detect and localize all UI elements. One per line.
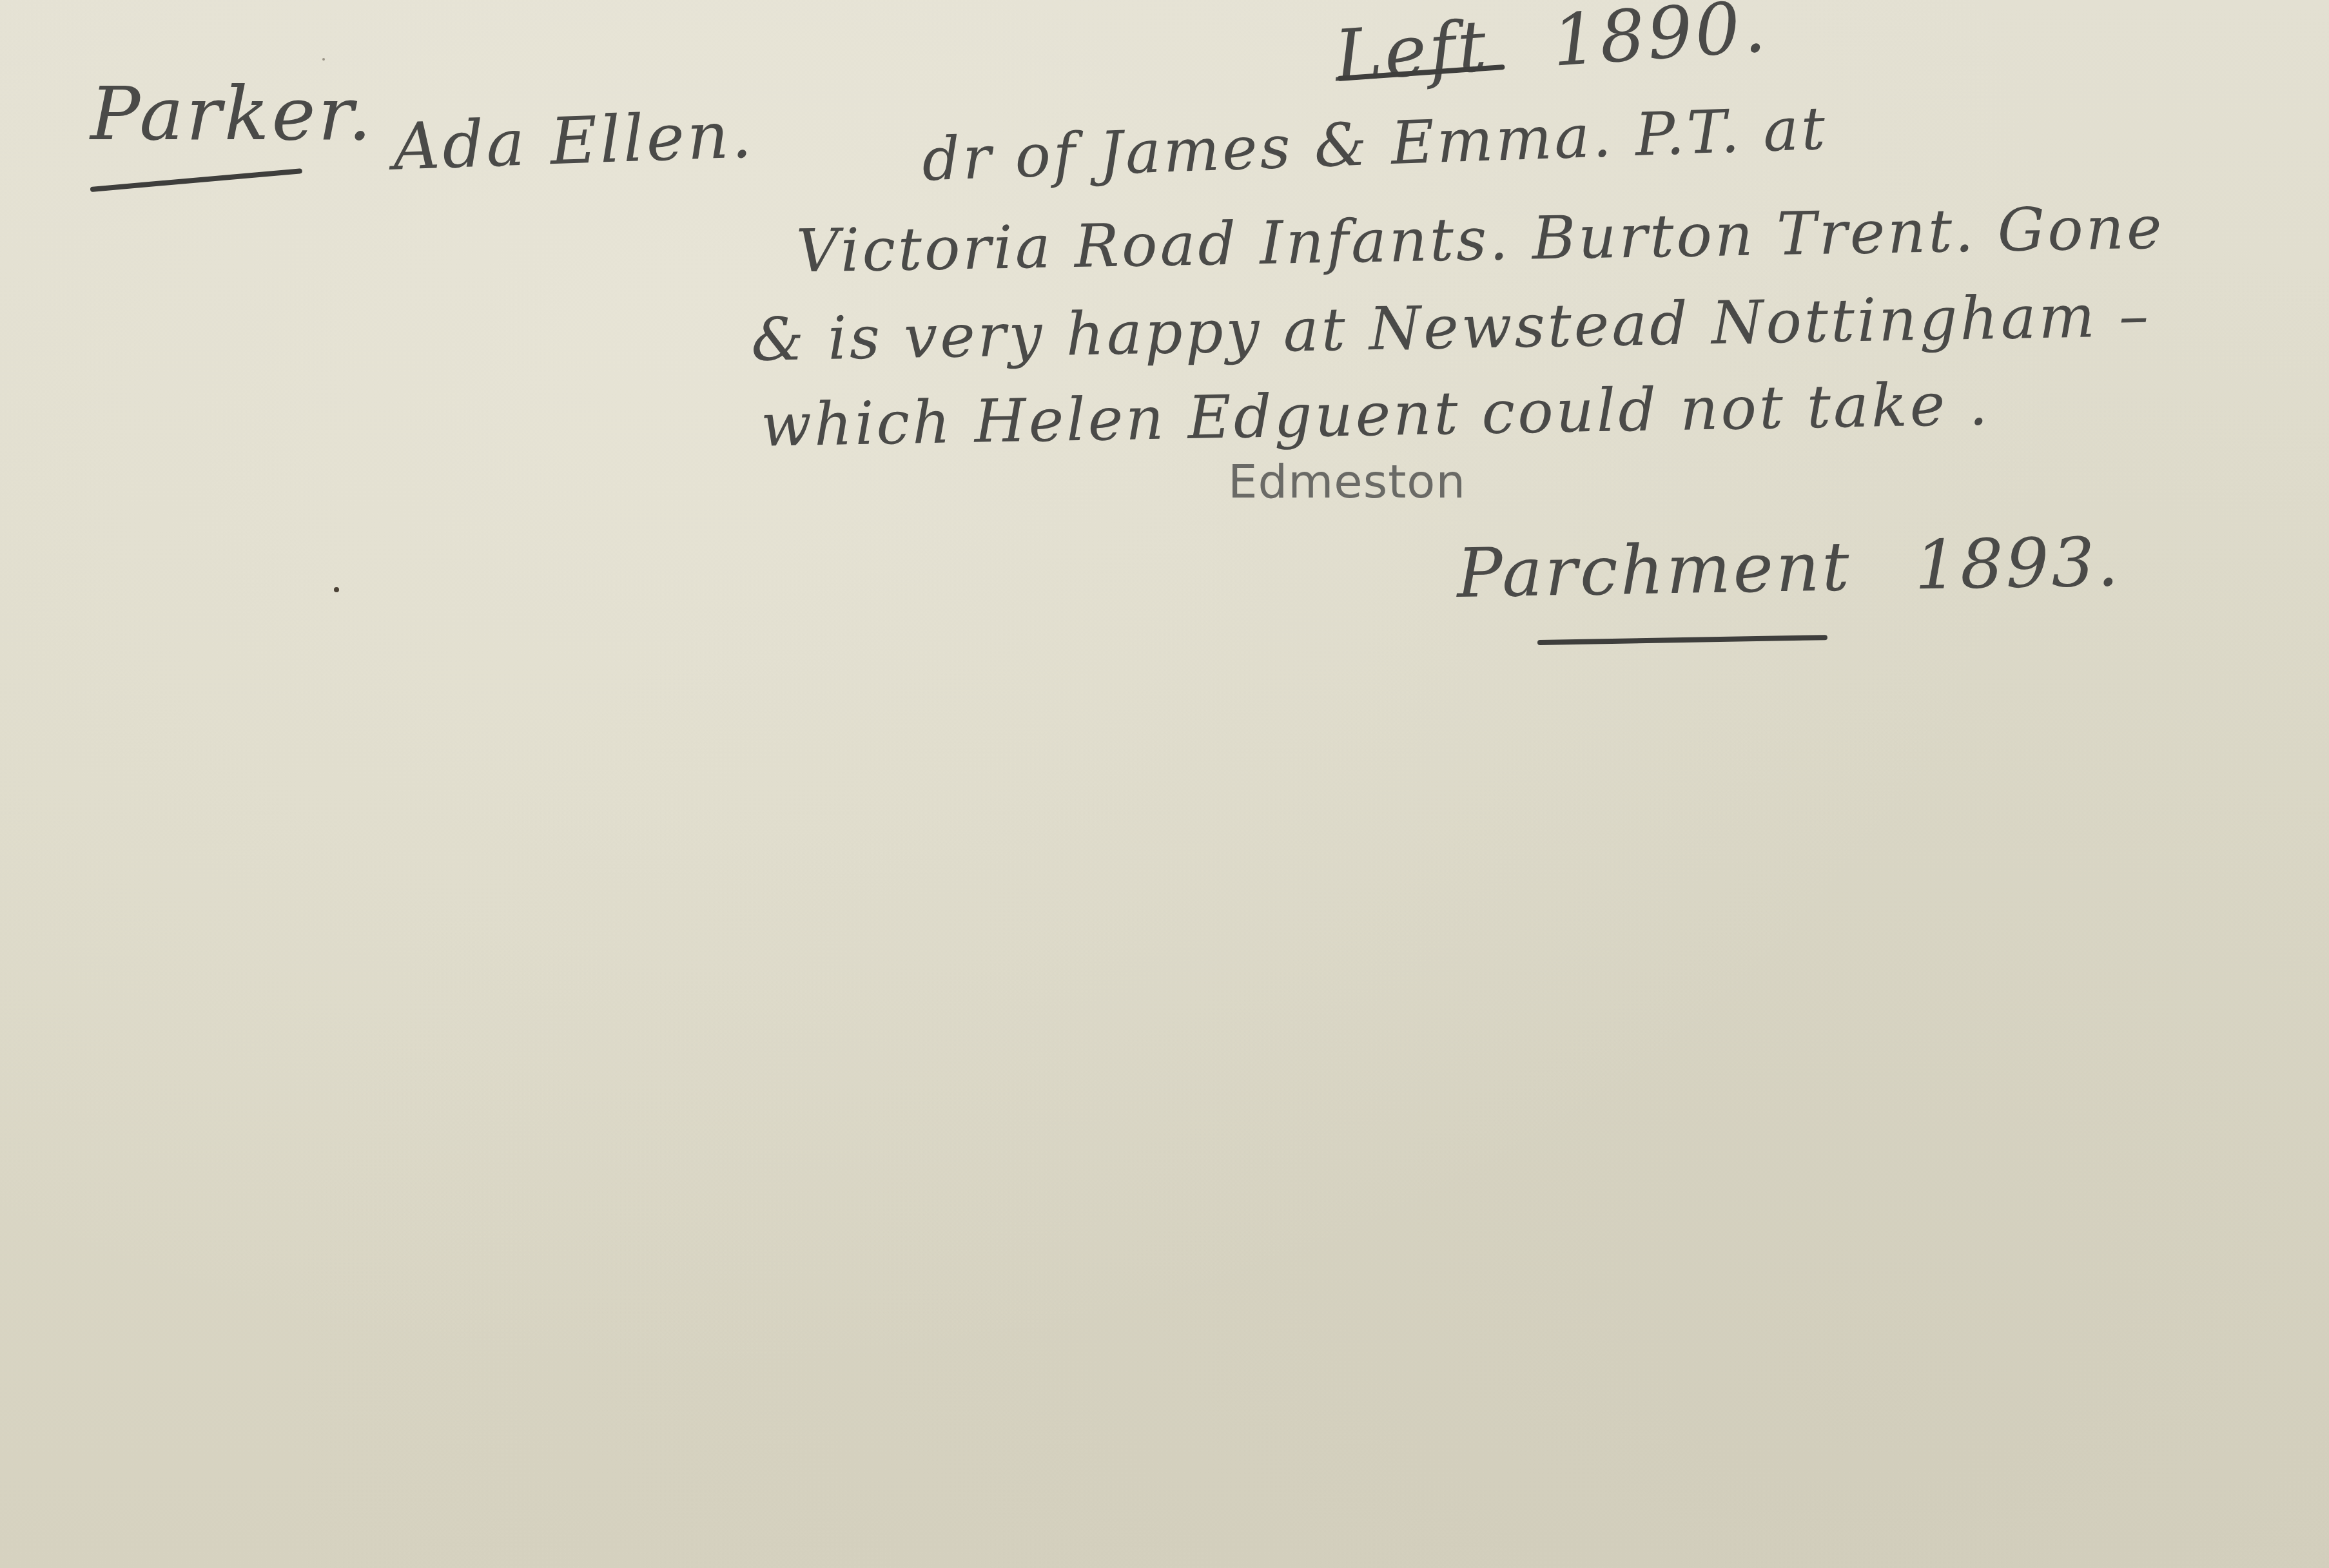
footer-parchment-year: 1893. (1914, 523, 2122, 605)
paper-speck (322, 58, 325, 61)
heading-left: Left 1890. (1332, 0, 1770, 97)
entry-line-4: which Helen Edguent could not take . (760, 369, 1991, 460)
entry-line-1: dr of James & Emma. P.T. at (921, 94, 1829, 195)
paper-speck (334, 587, 339, 592)
entry-line-2: Victoria Road Infants. Burton Trent. Gon… (795, 193, 2165, 286)
footer-parchment-label: Parchment (1456, 527, 1853, 613)
surname-underline (90, 168, 302, 192)
entry-annotation: Edmeston (1228, 454, 1466, 508)
entry-line-3: & is very happy at Newstead Nottingham – (750, 281, 2152, 374)
footer-underline (1537, 635, 1827, 645)
entry-surname: Parker. (90, 71, 374, 157)
heading-left-label: Left (1332, 5, 1491, 97)
entry-given-names: Ada Ellen. (392, 97, 755, 184)
footer-parchment: Parchment 1893. (1456, 523, 2122, 613)
heading-left-year: 1890. (1550, 0, 1771, 82)
